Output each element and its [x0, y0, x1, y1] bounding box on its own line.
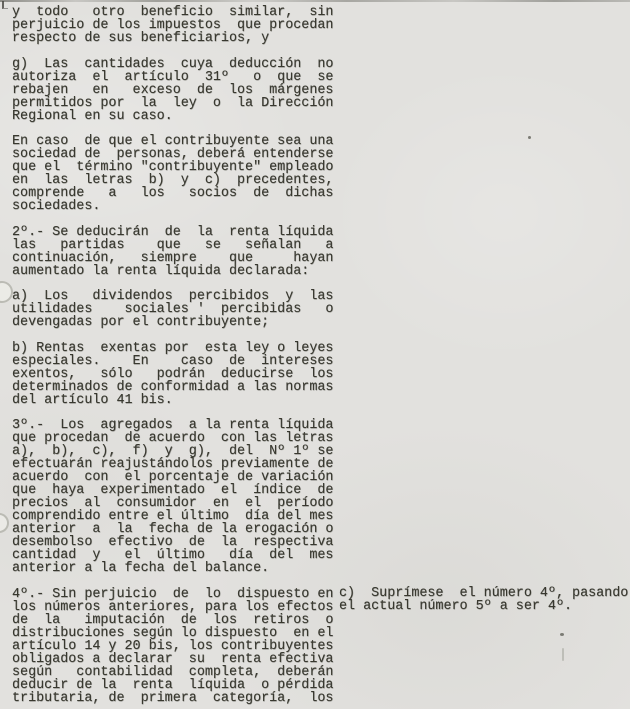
paragraph-numero-3: 3º.- Los agregados a la renta líquida qu…	[12, 419, 352, 575]
scan-smudge	[562, 648, 564, 661]
main-text-column: y todo otro beneficio similar, sin perju…	[12, 6, 352, 709]
scan-edge-line	[0, 0, 630, 2]
paragraph-contribuyente-sociedad: En caso de que el contribuyente sea una …	[12, 135, 352, 213]
paragraph-numero-4: 4º.- Sin perjuicio de lo dispuesto en lo…	[12, 588, 352, 705]
scan-speck	[528, 136, 531, 139]
margin-note-letra-c: c) Suprímese el número 4º, pasando el ac…	[339, 587, 628, 613]
scan-corner-mark	[2, 1, 8, 9]
paragraph-numero-2: 2º.- Se deducirán de la renta líquida la…	[12, 226, 352, 278]
paragraph-letra-a: a) Los dividendos percibidos y las utili…	[12, 290, 352, 329]
scan-speck	[560, 633, 564, 636]
paragraph-beneficio-similar: y todo otro beneficio similar, sin perju…	[12, 6, 352, 45]
hole-punch-mark	[0, 513, 9, 533]
scanned-document-page: { "page": { "kind": "scanned typewritten…	[0, 0, 630, 709]
paragraph-letra-b: b) Rentas exentas por esta ley o leyes e…	[12, 342, 352, 407]
paragraph-letra-g: g) Las cantidades cuya deducción no auto…	[12, 58, 352, 123]
